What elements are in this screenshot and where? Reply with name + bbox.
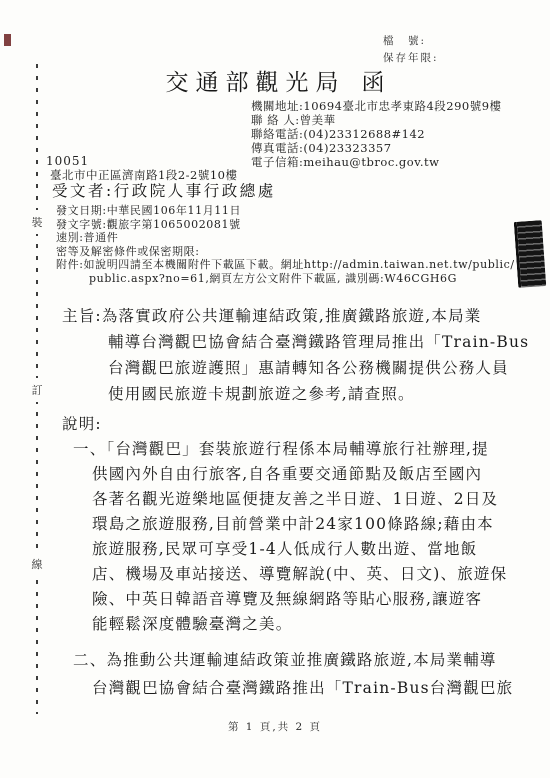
sender-fax: 傳真電話:(04)23323357	[251, 141, 502, 155]
sender-email: 電子信箱:meihau@tbroc.gov.tw	[251, 155, 502, 169]
explanation-item1-line: 各著名觀光遊樂地區便捷友善之半日遊、1日遊、2日及	[0, 487, 550, 512]
subject-line: 主旨:為落實政府公共運輸連結政策,推廣鐵路旅遊,本局業	[0, 303, 550, 329]
page-footer: 第 1 頁,共 2 頁	[0, 719, 550, 734]
doc-type: 函	[362, 70, 385, 96]
agency-name: 交通部觀光局	[166, 70, 346, 96]
speed-class: 速別:普通件	[56, 231, 516, 245]
doc-number: 發文字號:觀旅字第1065002081號	[56, 218, 516, 232]
explanation-item1-line: 能輕鬆深度體驗臺灣之美。	[0, 612, 550, 637]
explanation-item1-line: 一、「台灣觀巴」套裝旅遊行程係本局輔導旅行社辦理,提	[0, 437, 550, 462]
explanation-item1-line: 旅遊服務,民眾可享受1-4人低成行人數出遊、當地飯	[0, 537, 550, 562]
subject-line: 輔導台灣觀巴協會結合臺灣鐵路管理局推出「Train-Bus	[0, 329, 550, 355]
recipient-line: 受文者:行政院人事行政總處	[52, 179, 276, 201]
subject-line: 台灣觀巴旅遊護照」惠請轉知各公務機關提供公務人員	[0, 355, 550, 381]
subject-paragraph: 主旨:為落實政府公共運輸連結政策,推廣鐵路旅遊,本局業 輔導台灣觀巴協會結合臺灣…	[0, 303, 550, 407]
binding-char-xian: 線	[29, 552, 45, 576]
scan-artifact	[4, 34, 11, 46]
meta-block: 發文日期:中華民國106年11月11日 發文字號:觀旅字第1065002081號…	[56, 204, 516, 285]
explanation-item2-line: 台灣觀巴協會結合臺灣鐵路推出「Train-Bus台灣觀巴旅	[0, 674, 550, 702]
secrecy-level: 密等及解密條件或保密期限:	[56, 245, 516, 259]
binding-char-zhuang: 裝	[29, 210, 45, 234]
attachment-note-line2: public.aspx?no=61,網頁左方公文附件下載區, 識別碼:W46CG…	[56, 272, 516, 286]
archive-file-label: 檔 號:	[383, 33, 439, 50]
explanation-item1-line: 環島之旅遊服務,目前營業中計24家100條路線;藉由本	[0, 512, 550, 537]
registration-stamp	[514, 220, 547, 288]
explanation-item1-line: 供國內外自由行旅客,自各重要交通節點及飯店至國內	[0, 462, 550, 487]
document-page: 檔 號: 保存年限: 交通部觀光局函 機關地址:10694臺北市忠孝東路4段29…	[0, 0, 550, 778]
sender-info: 機關地址:10694臺北市忠孝東路4段290號9樓 聯 絡 人:曾美華 聯絡電話…	[251, 99, 502, 169]
recipient-zip: 10051	[46, 154, 89, 168]
archive-labels: 檔 號: 保存年限:	[383, 33, 439, 67]
explanation-item2: 二、為推動公共運輸連結政策並推廣鐵路旅遊,本局業輔導 台灣觀巴協會結合臺灣鐵路推…	[0, 646, 550, 702]
explanation-item1-line: 險、中英日韓語音導覽及無線網路等貼心服務,讓遊客	[0, 587, 550, 612]
subject-line: 使用國民旅遊卡規劃旅遊之參考,請查照。	[0, 381, 550, 407]
explanation-item1: 一、「台灣觀巴」套裝旅遊行程係本局輔導旅行社辦理,提 供國內外自由行旅客,自各重…	[0, 437, 550, 637]
binding-char-ding: 訂	[29, 378, 45, 402]
sender-phone: 聯絡電話:(04)23312688#142	[251, 127, 502, 141]
explanation-label: 說明:	[62, 412, 102, 434]
sender-address: 機關地址:10694臺北市忠孝東路4段290號9樓	[251, 99, 502, 113]
explanation-item1-line: 店、機場及車站接送、導覽解說(中、英、日文)、旅遊保	[0, 562, 550, 587]
attachment-note-line1: 附件:如說明四請至本機關附件下載區下載。網址http://admin.taiwa…	[56, 258, 516, 272]
sender-contact: 聯 絡 人:曾美華	[251, 113, 502, 127]
document-title: 交通部觀光局函	[0, 64, 550, 97]
explanation-item2-line: 二、為推動公共運輸連結政策並推廣鐵路旅遊,本局業輔導	[0, 646, 550, 674]
issue-date: 發文日期:中華民國106年11月11日	[56, 204, 516, 218]
